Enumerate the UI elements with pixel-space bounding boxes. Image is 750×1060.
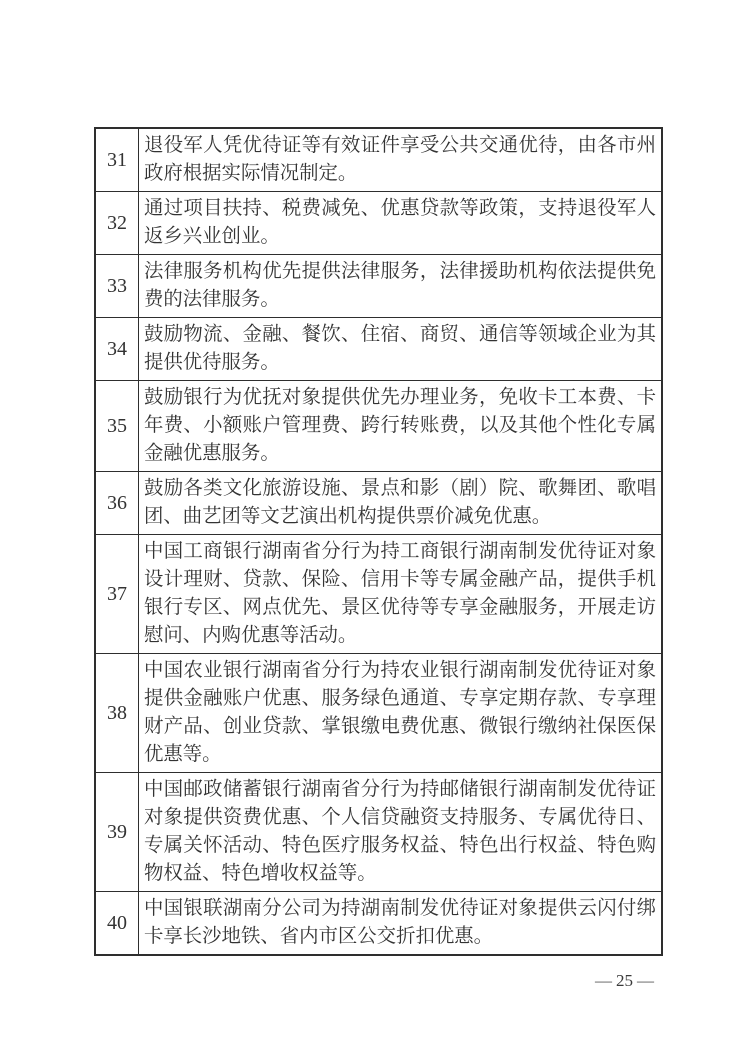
row-text: 鼓励物流、金融、餐饮、住宿、商贸、通信等领域企业为其提供优待服务。 — [139, 318, 663, 381]
table-row: 38 中国农业银行湖南省分行为持农业银行湖南制发优待证对象提供金融账户优惠、服务… — [95, 654, 662, 773]
table-row: 34 鼓励物流、金融、餐饮、住宿、商贸、通信等领域企业为其提供优待服务。 — [95, 318, 662, 381]
row-text: 中国农业银行湖南省分行为持农业银行湖南制发优待证对象提供金融账户优惠、服务绿色通… — [139, 654, 663, 773]
row-number: 34 — [95, 318, 139, 381]
row-number: 37 — [95, 535, 139, 654]
page-number-value: 25 — [616, 971, 633, 990]
row-text: 通过项目扶持、税费减免、优惠贷款等政策，支持退役军人返乡兴业创业。 — [139, 192, 663, 255]
row-number: 36 — [95, 472, 139, 535]
page-number-dash-right: — — [633, 971, 658, 990]
row-text: 鼓励各类文化旅游设施、景点和影（剧）院、歌舞团、歌唱团、曲艺团等文艺演出机构提供… — [139, 472, 663, 535]
table-row: 31 退役军人凭优待证等有效证件享受公共交通优待，由各市州政府根据实际情况制定。 — [95, 128, 662, 192]
table-row: 39 中国邮政储蓄银行湖南省分行为持邮储银行湖南制发优待证对象提供资费优惠、个人… — [95, 773, 662, 892]
table-row: 40 中国银联湖南分公司为持湖南制发优待证对象提供云闪付绑卡享长沙地铁、省内市区… — [95, 892, 662, 956]
row-number: 40 — [95, 892, 139, 956]
row-number: 32 — [95, 192, 139, 255]
row-number: 38 — [95, 654, 139, 773]
table-row: 35 鼓励银行为优抚对象提供优先办理业务，免收卡工本费、卡年费、小额账户管理费、… — [95, 381, 662, 472]
document-page: 31 退役军人凭优待证等有效证件享受公共交通优待，由各市州政府根据实际情况制定。… — [0, 0, 750, 1060]
row-text: 退役军人凭优待证等有效证件享受公共交通优待，由各市州政府根据实际情况制定。 — [139, 128, 663, 192]
table-row: 37 中国工商银行湖南省分行为持工商银行湖南制发优待证对象设计理财、贷款、保险、… — [95, 535, 662, 654]
row-text: 中国工商银行湖南省分行为持工商银行湖南制发优待证对象设计理财、贷款、保险、信用卡… — [139, 535, 663, 654]
table-row: 33 法律服务机构优先提供法律服务，法律援助机构依法提供免费的法律服务。 — [95, 255, 662, 318]
row-text: 法律服务机构优先提供法律服务，法律援助机构依法提供免费的法律服务。 — [139, 255, 663, 318]
page-number: —25— — [591, 971, 658, 991]
row-number: 35 — [95, 381, 139, 472]
benefits-table: 31 退役军人凭优待证等有效证件享受公共交通优待，由各市州政府根据实际情况制定。… — [94, 127, 663, 956]
row-text: 中国邮政储蓄银行湖南省分行为持邮储银行湖南制发优待证对象提供资费优惠、个人信贷融… — [139, 773, 663, 892]
page-number-dash-left: — — [591, 971, 616, 990]
row-text: 鼓励银行为优抚对象提供优先办理业务，免收卡工本费、卡年费、小额账户管理费、跨行转… — [139, 381, 663, 472]
row-text: 中国银联湖南分公司为持湖南制发优待证对象提供云闪付绑卡享长沙地铁、省内市区公交折… — [139, 892, 663, 956]
row-number: 33 — [95, 255, 139, 318]
row-number: 31 — [95, 128, 139, 192]
table-row: 36 鼓励各类文化旅游设施、景点和影（剧）院、歌舞团、歌唱团、曲艺团等文艺演出机… — [95, 472, 662, 535]
table-row: 32 通过项目扶持、税费减免、优惠贷款等政策，支持退役军人返乡兴业创业。 — [95, 192, 662, 255]
row-number: 39 — [95, 773, 139, 892]
